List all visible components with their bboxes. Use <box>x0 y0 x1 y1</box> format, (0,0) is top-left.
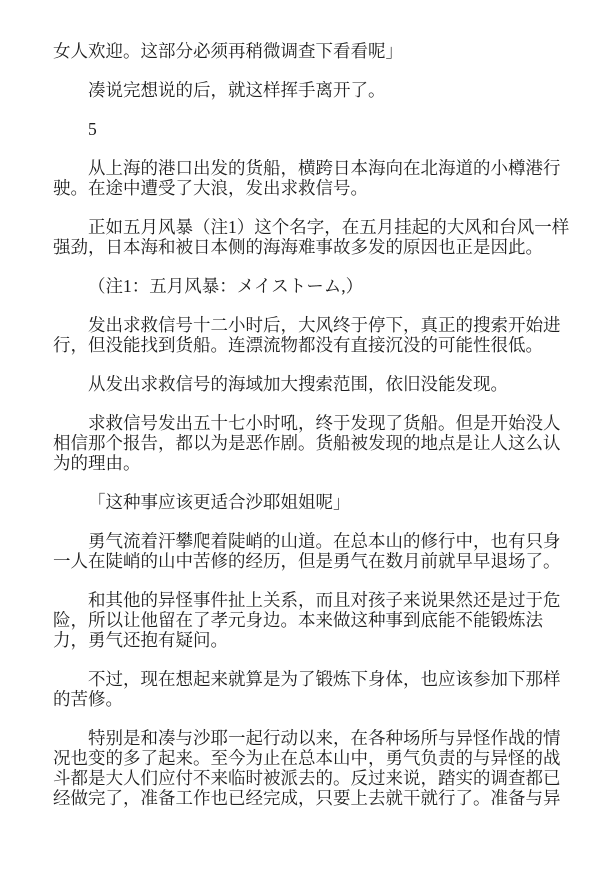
footnote-line: （注1：五月风暴：メイストーム,） <box>53 276 565 296</box>
text-line: 正如五月风暴（注1）这个名字，在五月挂起的大风和台风一样 <box>53 217 565 237</box>
text-line: 为的理由。 <box>53 453 565 473</box>
paragraph: （注1：五月风暴：メイストーム,） <box>53 276 565 296</box>
text-line: 女人欢迎。这部分必须再稍微调查下看看呢」 <box>53 41 565 61</box>
text-line: 特别是和凑与沙耶一起行动以来，在各种场所与异怪作战的情 <box>53 728 565 748</box>
dialogue-line: 「这种事应该更适合沙耶姐姐呢」 <box>53 492 565 512</box>
paragraph: 正如五月风暴（注1）这个名字，在五月挂起的大风和台风一样 强劲，日本海和被日本侧… <box>53 217 565 257</box>
text-line: 凑说完想说的后，就这样挥手离开了。 <box>53 80 565 100</box>
text-line: 从发出求救信号的海域加大搜索范围，依旧没能发现。 <box>53 374 565 394</box>
text-line: 行，但没能找到货船。连漂流物都没有直接沉没的可能性很低。 <box>53 335 565 355</box>
text-line: 斗都是大人们应付不来临时被派去的。反过来说，踏实的调查都已 <box>53 768 565 788</box>
text-line: 险，所以让他留在了孝元身边。本来做这种事到底能不能锻炼法 <box>53 610 565 630</box>
paragraph: 不过，现在想起来就算是为了锻炼下身体，也应该参加下那样 的苦修。 <box>53 669 565 709</box>
text-line: 经做完了，准备工作也已经完成，只要上去就干就行了。准备与异 <box>53 788 565 808</box>
text-line: 的苦修。 <box>53 689 565 709</box>
section-number: 5 <box>53 119 565 139</box>
text-line: 驶。在途中遭受了大浪，发出求救信号。 <box>53 178 565 198</box>
paragraph: 凑说完想说的后，就这样挥手离开了。 <box>53 80 565 100</box>
text-line: 和其他的异怪事件扯上关系，而且对孩子来说果然还是过于危 <box>53 590 565 610</box>
paragraph: 5 <box>53 119 565 139</box>
paragraph: 女人欢迎。这部分必须再稍微调查下看看呢」 <box>53 41 565 61</box>
text-line: 勇气流着汗攀爬着陡峭的山道。在总本山的修行中，也有只身 <box>53 531 565 551</box>
paragraph: 求救信号发出五十七小时吼，终于发现了货船。但是开始没人 相信那个报告，都以为是恶… <box>53 413 565 473</box>
paragraph: 发出求救信号十二小时后，大风终于停下，真正的搜索开始进 行，但没能找到货船。连漂… <box>53 315 565 355</box>
text-line: 一人在陡峭的山中苦修的经历，但是勇气在数月前就早早退场了。 <box>53 551 565 571</box>
text-line: 力，勇气还抱有疑问。 <box>53 630 565 650</box>
text-line: 况也变的多了起来。至今为止在总本山中，勇气负责的与异怪的战 <box>53 748 565 768</box>
paragraph: 「这种事应该更适合沙耶姐姐呢」 <box>53 492 565 512</box>
text-line: 相信那个报告，都以为是恶作剧。货船被发现的地点是让人这么认 <box>53 433 565 453</box>
text-line: 强劲，日本海和被日本侧的海海难事故多发的原因也正是因此。 <box>53 237 565 257</box>
text-line: 求救信号发出五十七小时吼，终于发现了货船。但是开始没人 <box>53 413 565 433</box>
paragraph: 勇气流着汗攀爬着陡峭的山道。在总本山的修行中，也有只身 一人在陡峭的山中苦修的经… <box>53 531 565 571</box>
text-line: 不过，现在想起来就算是为了锻炼下身体，也应该参加下那样 <box>53 669 565 689</box>
paragraph: 特别是和凑与沙耶一起行动以来，在各种场所与异怪作战的情 况也变的多了起来。至今为… <box>53 728 565 808</box>
document-page: 女人欢迎。这部分必须再稍微调查下看看呢」 凑说完想说的后，就这样挥手离开了。 5… <box>0 0 613 869</box>
paragraph: 和其他的异怪事件扯上关系，而且对孩子来说果然还是过于危 险，所以让他留在了孝元身… <box>53 590 565 650</box>
paragraph: 从上海的港口出发的货船，横跨日本海向在北海道的小樽港行 驶。在途中遭受了大浪，发… <box>53 158 565 198</box>
text-line: 发出求救信号十二小时后，大风终于停下，真正的搜索开始进 <box>53 315 565 335</box>
text-line: 从上海的港口出发的货船，横跨日本海向在北海道的小樽港行 <box>53 158 565 178</box>
paragraph: 从发出求救信号的海域加大搜索范围，依旧没能发现。 <box>53 374 565 394</box>
